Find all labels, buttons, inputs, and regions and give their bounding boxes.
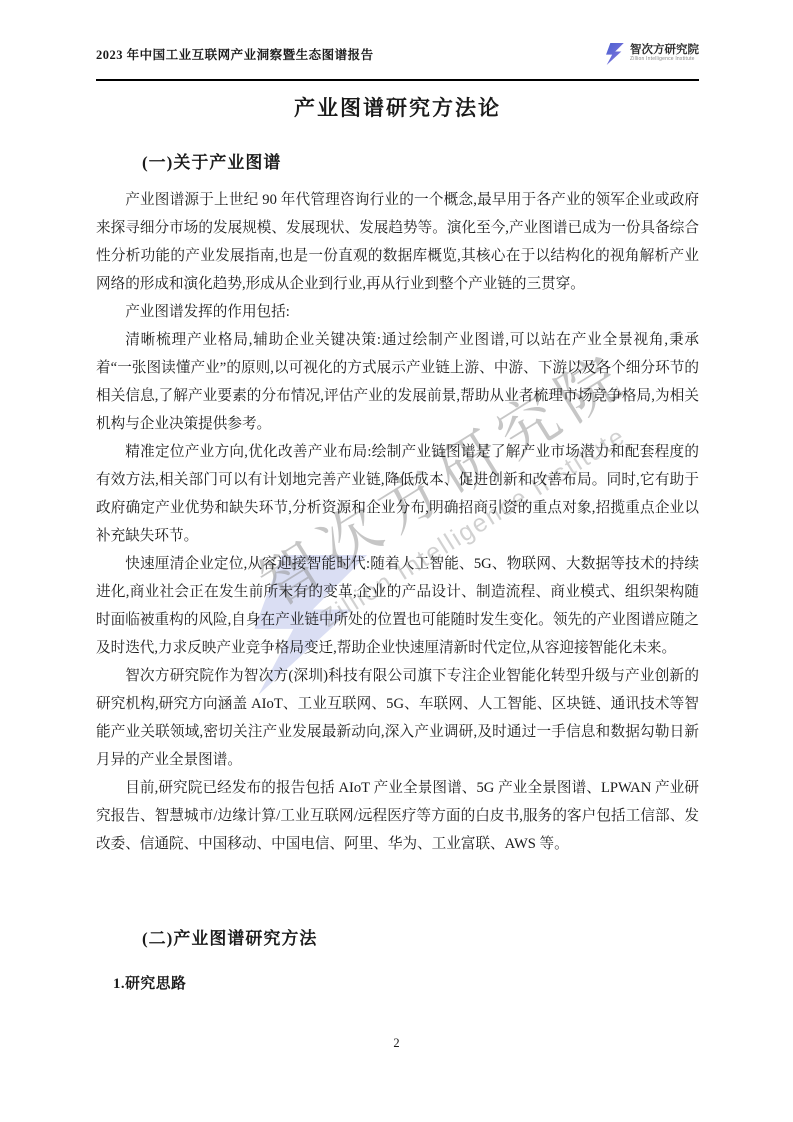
org-logo-text: 智次方研究院 Zillion Intelligence Institute [630, 44, 699, 63]
body-paragraph: 产业图谱发挥的作用包括: [96, 298, 699, 326]
body-paragraph: 智次方研究院作为智次方(深圳)科技有限公司旗下专注企业智能化转型升级与产业创新的… [96, 662, 699, 774]
subsection-heading: 1.研究思路 [113, 972, 186, 993]
body-paragraph: 快速厘清企业定位,从容迎接智能时代:随着人工智能、5G、物联网、大数据等技术的持… [96, 550, 699, 662]
body-paragraph: 产业图谱源于上世纪 90 年代管理咨询行业的一个概念,最早用于各产业的领军企业或… [96, 186, 699, 298]
body-paragraph: 清晰梳理产业格局,辅助企业关键决策:通过绘制产业图谱,可以站在产业全景视角,秉承… [96, 326, 699, 438]
zillion-bolt-icon [603, 41, 625, 67]
page-title: 产业图谱研究方法论 [96, 92, 699, 122]
org-logo: 智次方研究院 Zillion Intelligence Institute [603, 41, 699, 67]
document-page: 2023 年中国工业互联网产业洞察暨生态图谱报告 智次方研究院 Zillion … [0, 0, 793, 1122]
section1-heading: (一)关于产业图谱 [96, 148, 281, 173]
body-paragraph: 目前,研究院已经发布的报告包括 AIoT 产业全景图谱、5G 产业全景图谱、LP… [96, 774, 699, 858]
section2-heading: (二)产业图谱研究方法 [96, 924, 317, 949]
body-text: 产业图谱源于上世纪 90 年代管理咨询行业的一个概念,最早用于各产业的领军企业或… [96, 186, 699, 858]
body-paragraph: 精准定位产业方向,优化改善产业布局:绘制产业链图谱是了解产业市场潜力和配套程度的… [96, 438, 699, 550]
report-title: 2023 年中国工业互联网产业洞察暨生态图谱报告 [96, 45, 374, 63]
org-name-en: Zillion Intelligence Institute [630, 57, 699, 63]
page-header: 2023 年中国工业互联网产业洞察暨生态图谱报告 智次方研究院 Zillion … [96, 36, 699, 81]
page-number: 2 [0, 1036, 793, 1051]
